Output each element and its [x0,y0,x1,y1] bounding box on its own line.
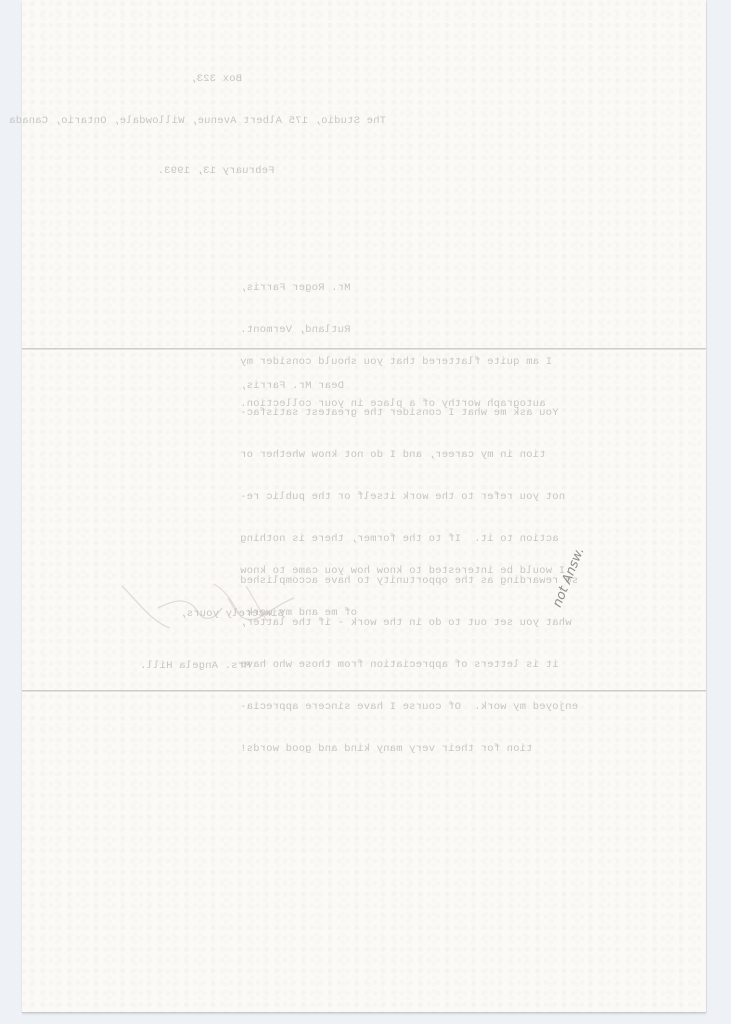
letterhead-address: The Studio, 175 Albert Avenue, Willowdal… [46,114,386,128]
letter-paper: Box 323, The Studio, 175 Albert Avenue, … [22,0,706,1012]
body-line: You ask me what I consider the greatest … [240,406,656,420]
body-line: tion in my career, and I do not know whe… [240,448,656,462]
signature-show-through [118,578,298,638]
recipient-name: Mr. Roger Farris, [240,281,656,295]
typed-name-text: Mrs. Angela Hill. [140,659,320,673]
body-line: I would be interested to know how you ca… [240,564,656,578]
letterhead-box: Box 323, [46,72,386,86]
typed-name: Mrs. Angela Hill. [140,631,320,701]
letterhead: Box 323, The Studio, 175 Albert Avenue, … [46,44,386,206]
body-line: tion for their very many kind and good w… [240,742,656,756]
body-line: not you refer to the work itself or the … [240,490,656,504]
body-line: enjoyed my work. Of course I have sincer… [240,700,656,714]
letter-date: February 13, 1993. [46,164,386,178]
body-line: I am quite flattered that you should con… [240,355,656,369]
